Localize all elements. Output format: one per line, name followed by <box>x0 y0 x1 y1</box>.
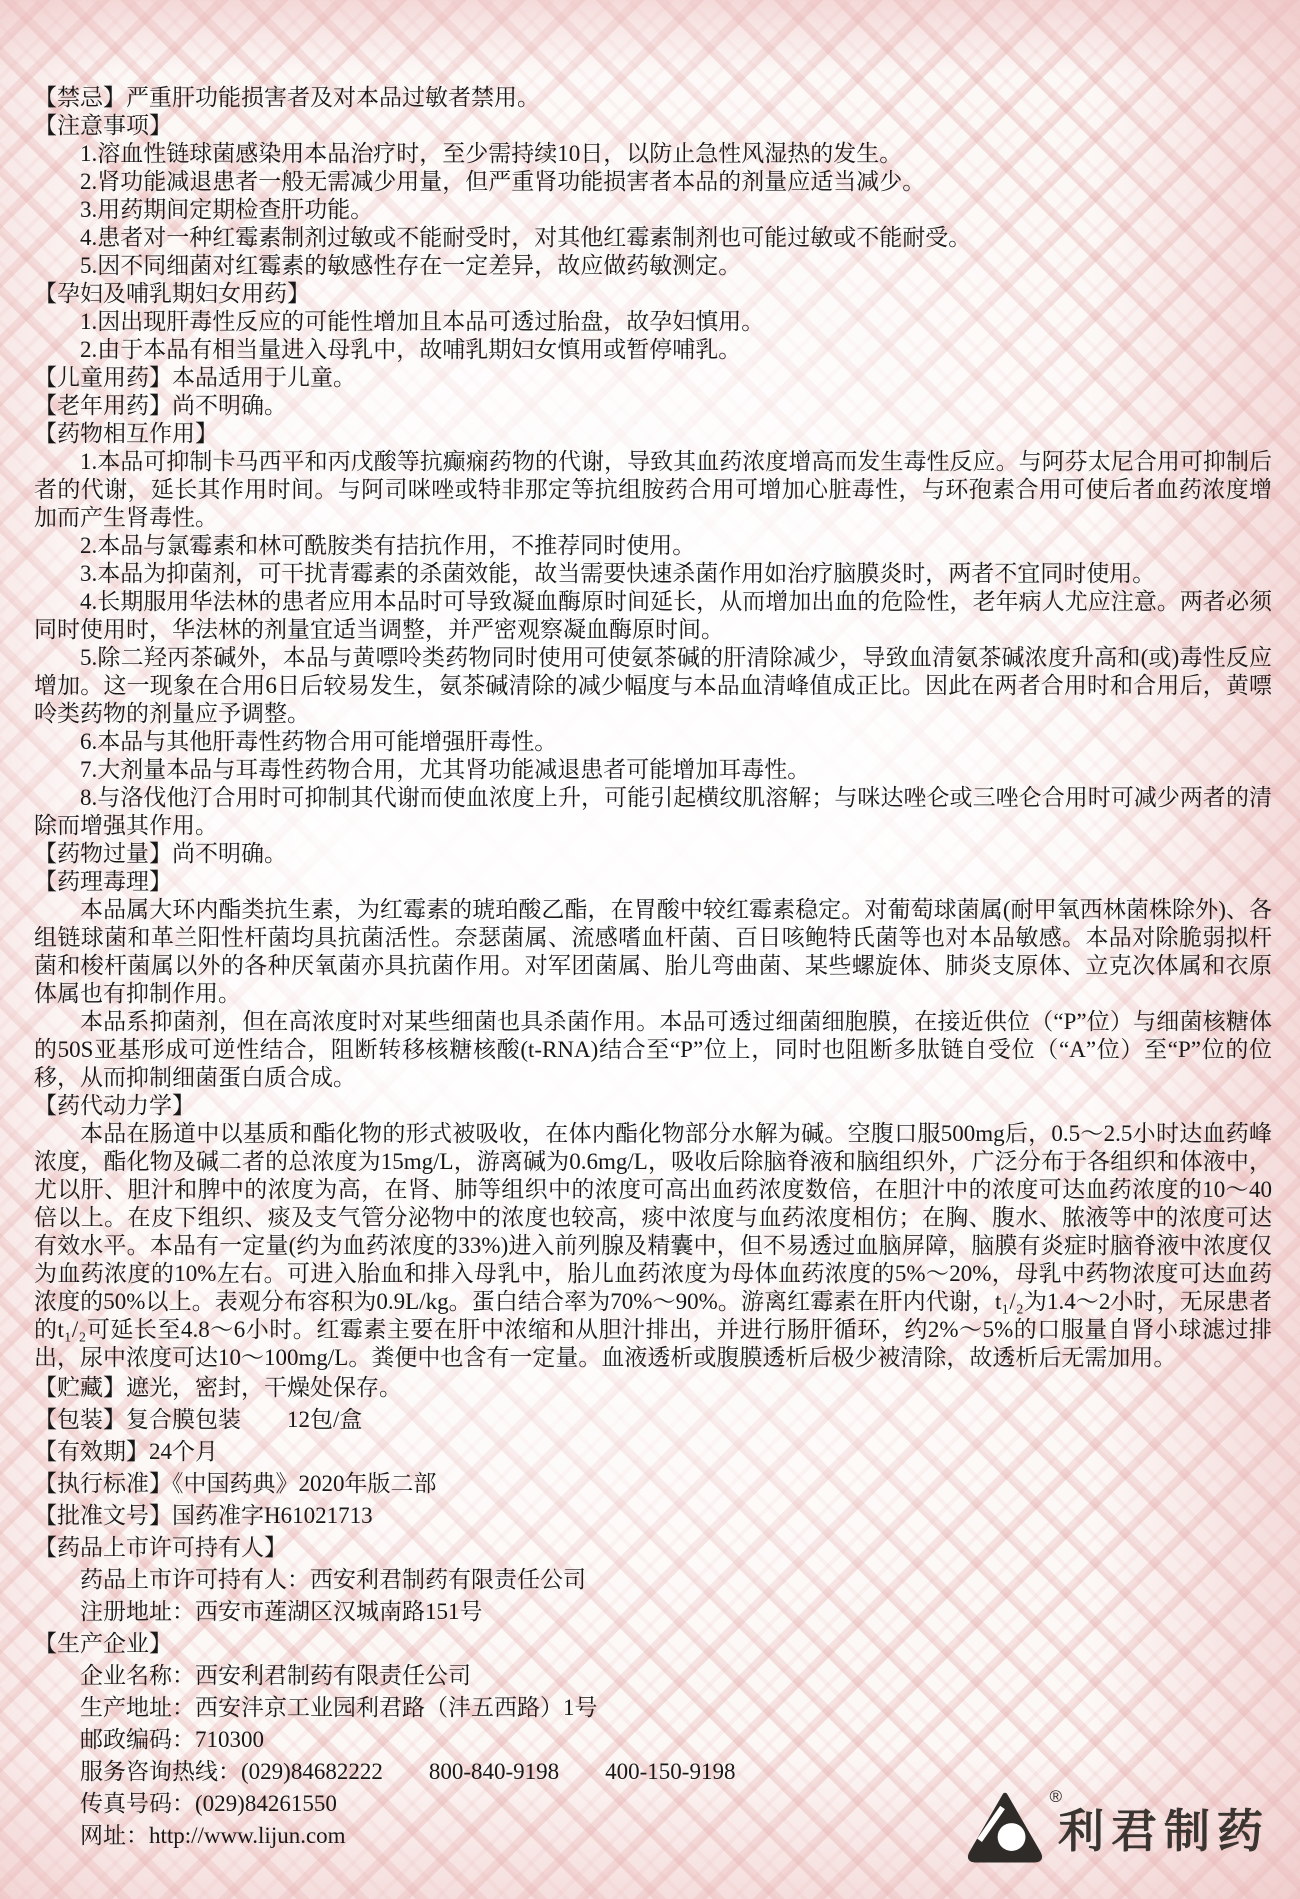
section-precautions: 【注意事项】1.溶血性链球菌感染用本品治疗时，至少需持续10日，以防止急性风湿热… <box>34 112 1272 280</box>
section-paragraph: 2.由于本品有相当量进入母乳中，故哺乳期妇女慎用或暂停哺乳。 <box>34 336 1272 364</box>
section-contraindications: 【禁忌】严重肝功能损害者及对本品过敏者禁用。 <box>34 84 1272 112</box>
section-heading: 【儿童用药】本品适用于儿童。 <box>34 364 1272 392</box>
section-label: 【药理毒理】 <box>34 869 172 894</box>
section-heading: 【药理毒理】 <box>34 868 1272 896</box>
section-heading: 【生产企业】 <box>34 1628 1272 1660</box>
document-body: 【禁忌】严重肝功能损害者及对本品过敏者禁用。【注意事项】1.溶血性链球菌感染用本… <box>34 84 1272 1852</box>
section-marketing-authorization-holder: 【药品上市许可持有人】药品上市许可持有人：西安利君制药有限责任公司注册地址：西安… <box>34 1532 1272 1628</box>
section-inline-text: 24个月 <box>149 1439 218 1464</box>
section-approval-number: 【批准文号】国药准字H61021713 <box>34 1500 1272 1532</box>
section-label: 【禁忌】 <box>34 85 126 110</box>
section-package: 【包装】复合膜包装 12包/盒 <box>34 1404 1272 1436</box>
section-heading: 【有效期】24个月 <box>34 1436 1272 1468</box>
section-paragraph: 注册地址：西安市莲湖区汉城南路151号 <box>34 1596 1272 1628</box>
section-pharmacology-toxicology: 【药理毒理】本品属大环内酯类抗生素，为红霉素的琥珀酸乙酯，在胃酸中较红霉素稳定。… <box>34 868 1272 1092</box>
section-paragraph: 2.本品与氯霉素和林可酰胺类有拮抗作用，不推荐同时使用。 <box>34 532 1272 560</box>
section-paragraph: 1.因出现肝毒性反应的可能性增加且本品可透过胎盘，故孕妇慎用。 <box>34 308 1272 336</box>
section-paragraph: 5.因不同细菌对红霉素的敏感性存在一定差异，故应做药敏测定。 <box>34 252 1272 280</box>
section-paragraph: 4.患者对一种红霉素制剂过敏或不能耐受时，对其他红霉素制剂也可能过敏或不能耐受。 <box>34 224 1272 252</box>
section-heading: 【禁忌】严重肝功能损害者及对本品过敏者禁用。 <box>34 84 1272 112</box>
section-paragraph: 6.本品与其他肝毒性药物合用可能增强肝毒性。 <box>34 728 1272 756</box>
section-executive-standard: 【执行标准】《中国药典》2020年版二部 <box>34 1468 1272 1500</box>
section-inline-text: 本品适用于儿童。 <box>172 365 356 390</box>
section-paragraph: 药品上市许可持有人：西安利君制药有限责任公司 <box>34 1564 1272 1596</box>
section-label: 【批准文号】 <box>34 1503 172 1528</box>
section-inline-text: 尚不明确。 <box>172 841 287 866</box>
section-label: 【药品上市许可持有人】 <box>34 1535 287 1560</box>
section-paragraph: 7.大剂量本品与耳毒性药物合用，尤其肾功能减退患者可能增加耳毒性。 <box>34 756 1272 784</box>
section-label: 【药物相互作用】 <box>34 421 218 446</box>
section-heading: 【贮藏】遮光，密封，干燥处保存。 <box>34 1372 1272 1404</box>
section-pregnancy-lactation: 【孕妇及哺乳期妇女用药】1.因出现肝毒性反应的可能性增加且本品可透过胎盘，故孕妇… <box>34 280 1272 364</box>
section-heading: 【批准文号】国药准字H61021713 <box>34 1500 1272 1532</box>
section-heading: 【包装】复合膜包装 12包/盒 <box>34 1404 1272 1436</box>
section-paragraph: 8.与洛伐他汀合用时可抑制其代谢而使血浓度上升，可能引起横纹肌溶解；与咪达唑仑或… <box>34 784 1272 840</box>
section-pharmacokinetics: 【药代动力学】本品在肠道中以基质和酯化物的形式被吸收，在体内酯化物部分水解为碱。… <box>34 1092 1272 1372</box>
section-inline-text: 严重肝功能损害者及对本品过敏者禁用。 <box>126 85 540 110</box>
section-label: 【生产企业】 <box>34 1631 172 1656</box>
section-inline-text: 复合膜包装 12包/盒 <box>126 1407 362 1432</box>
section-label: 【包装】 <box>34 1407 126 1432</box>
registered-trademark-icon: ® <box>1049 1787 1062 1807</box>
lijun-logo-icon: ® <box>964 1791 1046 1865</box>
section-paragraph: 1.本品可抑制卡马西平和丙戊酸等抗癫痫药物的代谢，导致其血药浓度增高而发生毒性反… <box>34 448 1272 532</box>
section-storage: 【贮藏】遮光，密封，干燥处保存。 <box>34 1372 1272 1404</box>
section-label: 【老年用药】 <box>34 393 172 418</box>
section-paragraph: 企业名称：西安利君制药有限责任公司 <box>34 1660 1272 1692</box>
section-heading: 【药代动力学】 <box>34 1092 1272 1120</box>
section-label: 【药物过量】 <box>34 841 172 866</box>
section-drug-interactions: 【药物相互作用】1.本品可抑制卡马西平和丙戊酸等抗癫痫药物的代谢，导致其血药浓度… <box>34 420 1272 840</box>
section-label: 【执行标准】 <box>34 1471 172 1496</box>
section-heading: 【药品上市许可持有人】 <box>34 1532 1272 1564</box>
section-heading: 【执行标准】《中国药典》2020年版二部 <box>34 1468 1272 1500</box>
section-paragraph: 2.肾功能减退患者一般无需减少用量，但严重肾功能损害者本品的剂量应适当减少。 <box>34 168 1272 196</box>
section-geriatric-use: 【老年用药】尚不明确。 <box>34 392 1272 420</box>
section-inline-text: 遮光，密封，干燥处保存。 <box>126 1375 402 1400</box>
section-label: 【药代动力学】 <box>34 1093 195 1118</box>
section-paragraph: 服务咨询热线：(029)84682222 800-840-9198 400-15… <box>34 1756 1272 1788</box>
section-heading: 【药物相互作用】 <box>34 420 1272 448</box>
section-label: 【贮藏】 <box>34 1375 126 1400</box>
section-inline-text: 尚不明确。 <box>172 393 287 418</box>
section-label: 【儿童用药】 <box>34 365 172 390</box>
section-paragraph: 3.本品为抑菌剂，可干扰青霉素的杀菌效能，故当需要快速杀菌作用如治疗脑膜炎时，两… <box>34 560 1272 588</box>
section-heading: 【老年用药】尚不明确。 <box>34 392 1272 420</box>
section-paragraph: 4.长期服用华法林的患者应用本品时可导致凝血酶原时间延长，从而增加出血的危险性，… <box>34 588 1272 644</box>
section-paragraph: 本品系抑菌剂，但在高浓度时对某些细菌也具杀菌作用。本品可透过细菌细胞膜，在接近供… <box>34 1008 1272 1092</box>
section-paragraph: 5.除二羟丙茶碱外，本品与黄嘌呤类药物同时使用可使氨茶碱的肝清除减少，导致血清氨… <box>34 644 1272 728</box>
section-heading: 【注意事项】 <box>34 112 1272 140</box>
section-label: 【孕妇及哺乳期妇女用药】 <box>34 281 310 306</box>
section-shelf-life: 【有效期】24个月 <box>34 1436 1272 1468</box>
section-paragraph: 1.溶血性链球菌感染用本品治疗时，至少需持续10日，以防止急性风湿热的发生。 <box>34 140 1272 168</box>
section-label: 【注意事项】 <box>34 113 172 138</box>
section-inline-text: 《中国药典》2020年版二部 <box>172 1471 437 1496</box>
section-pediatric-use: 【儿童用药】本品适用于儿童。 <box>34 364 1272 392</box>
section-paragraph: 本品在肠道中以基质和酯化物的形式被吸收，在体内酯化物部分水解为碱。空腹口服500… <box>34 1120 1272 1372</box>
section-paragraph: 3.用药期间定期检查肝功能。 <box>34 196 1272 224</box>
section-paragraph: 本品属大环内酯类抗生素，为红霉素的琥珀酸乙酯，在胃酸中较红霉素稳定。对葡萄球菌属… <box>34 896 1272 1008</box>
section-heading: 【孕妇及哺乳期妇女用药】 <box>34 280 1272 308</box>
section-inline-text: 国药准字H61021713 <box>172 1503 373 1528</box>
section-overdose: 【药物过量】尚不明确。 <box>34 840 1272 868</box>
section-paragraph: 邮政编码：710300 <box>34 1724 1272 1756</box>
section-heading: 【药物过量】尚不明确。 <box>34 840 1272 868</box>
package-insert-page: 【禁忌】严重肝功能损害者及对本品过敏者禁用。【注意事项】1.溶血性链球菌感染用本… <box>0 0 1300 1899</box>
section-label: 【有效期】 <box>34 1439 149 1464</box>
brand-name: 利君制药 <box>1058 1795 1270 1861</box>
section-paragraph: 生产地址：西安沣京工业园利君路（沣五西路）1号 <box>34 1692 1272 1724</box>
manufacturer-brand: ® 利君制药 <box>964 1791 1270 1865</box>
